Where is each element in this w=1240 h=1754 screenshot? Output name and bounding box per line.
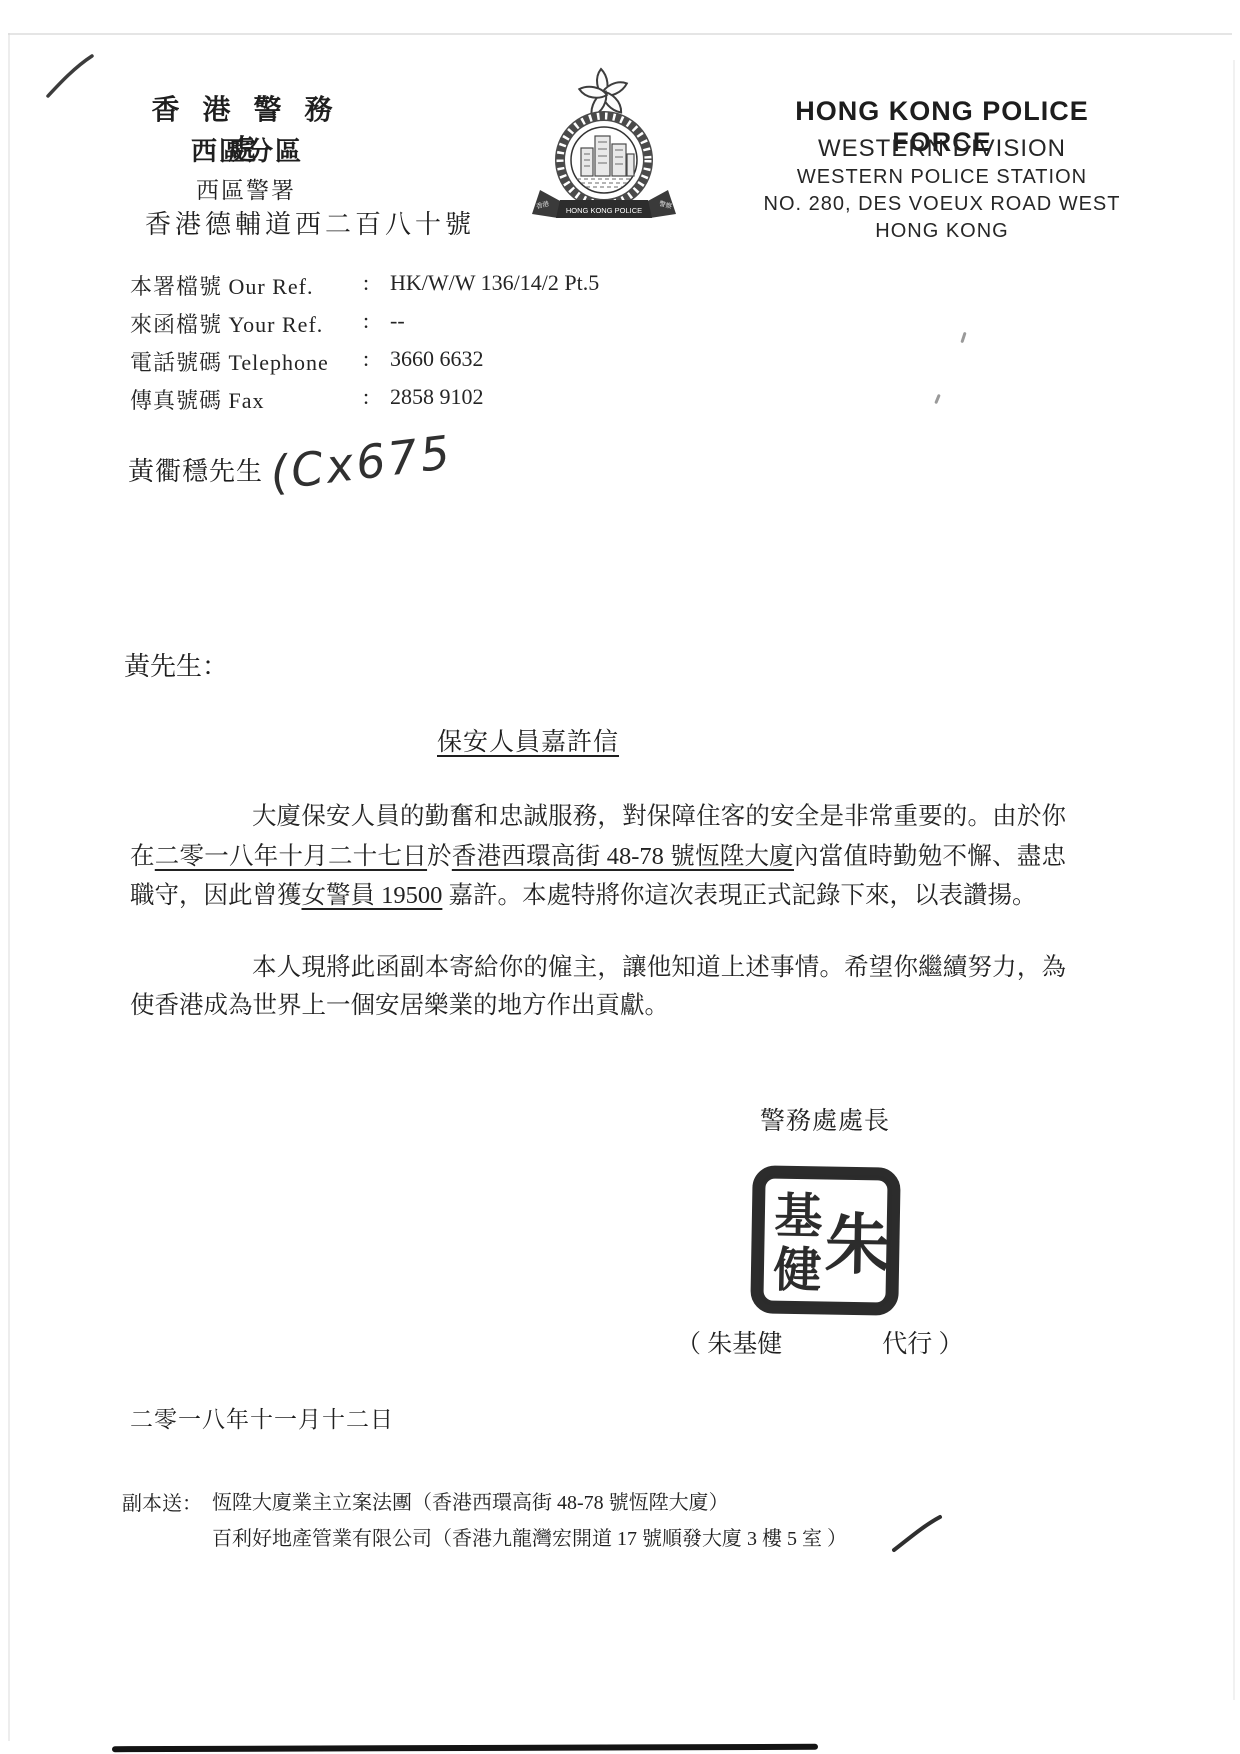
handwritten-check-slash [888, 1512, 948, 1557]
official-seal-stamp: 朱 基 健 [747, 1162, 905, 1320]
scan-speck [960, 332, 966, 343]
your-ref-label: 來函檔號 Your Ref. [130, 308, 323, 339]
body-paragraph-1: 大廈保安人員的勤奮和忠誠服務，對保障住客的安全是非常重要的。由於你在二零一八年十… [130, 797, 1066, 916]
para1-officer-underlined: 女警員 19500 [302, 882, 443, 909]
badge-banner-text: HONG KONG POLICE [566, 206, 642, 215]
telephone-label: 電話號碼 Telephone [130, 346, 329, 377]
para1-text: 嘉許。本處特將你這次表現正式記錄下來，以表讚揚。 [442, 882, 1036, 909]
scan-edge-left [8, 33, 10, 1741]
scan-edge-top [8, 33, 1232, 35]
your-ref-value: -- [390, 308, 405, 334]
our-ref-label: 本署檔號 Our Ref. [130, 270, 313, 301]
body-paragraph-2: 本人現將此函副本寄給你的僱主，讓他知道上述事情。希望你繼續努力，為使香港成為世界… [130, 949, 1066, 1025]
letterhead-english-station: WESTERN POLICE STATION [742, 166, 1142, 189]
our-ref-value: HK/W/W 136/14/2 Pt.5 [390, 270, 599, 296]
subject-title: 保安人員嘉許信 [437, 722, 619, 758]
your-ref-separator: : [363, 308, 369, 334]
police-badge-icon: HONG KONG POLICE 香港 警察 [524, 66, 684, 232]
signatory-title: 警務處處長 [760, 1101, 890, 1137]
handwritten-note-text: (Cx675) [267, 424, 446, 501]
seal-char-left-bottom: 健 [773, 1244, 822, 1298]
letterhead-chinese-division: 西區分區 [147, 131, 347, 168]
telephone-value: 3660 6632 [390, 346, 484, 372]
seal-char-right: 朱 [824, 1209, 891, 1283]
scan-artifact-bottom-line [112, 1744, 818, 1752]
cc-item-1: 恆陞大廈業主立案法團（香港西環高街 48-78 號恆陞大廈） [212, 1486, 729, 1515]
pen-stroke-mark [42, 52, 97, 102]
telephone-separator: : [363, 346, 369, 372]
signatory-name-line: （ 朱基健 代行 ） [676, 1324, 964, 1360]
our-ref-separator: : [363, 270, 369, 296]
letterhead-english-address1: NO. 280, DES VOEUX ROAD WEST [742, 193, 1142, 216]
handwritten-file-note: (Cx675) [256, 424, 446, 506]
letterhead-chinese-station: 西區警署 [146, 172, 346, 205]
fax-value: 2858 9102 [390, 384, 484, 410]
addressee-name: 黃衢穩先生 [128, 451, 263, 488]
letter-date: 二零一八年十一月十二日 [130, 1401, 394, 1434]
fax-separator: : [363, 384, 369, 410]
para1-text: 於 [427, 843, 452, 870]
para1-date-underlined: 二零一八年十月二十七日 [155, 843, 427, 870]
cc-label: 副本送： [122, 1487, 202, 1516]
para1-address-underlined: 香港西環高街 48-78 號恆陞大廈 [452, 843, 794, 870]
salutation: 黃先生： [124, 646, 228, 683]
fax-label: 傳真號碼 Fax [130, 384, 265, 415]
scanned-letter-page: 香 港 警 務 處 西區分區 西區警署 香港德輔道西二百八十號 [0, 0, 1240, 1754]
cc-item-2: 百利好地產管業有限公司（香港九龍灣宏開道 17 號順發大廈 3 樓 5 室 ） [212, 1522, 847, 1551]
letterhead-english-address2: HONG KONG [742, 220, 1142, 243]
scan-edge-right [1233, 60, 1235, 1700]
scan-speck [934, 394, 941, 404]
letterhead-chinese-address: 香港德輔道西二百八十號 [133, 204, 487, 241]
letterhead-english-division: WESTERN DIVISION [742, 135, 1142, 163]
seal-char-left-top: 基 [774, 1190, 823, 1244]
